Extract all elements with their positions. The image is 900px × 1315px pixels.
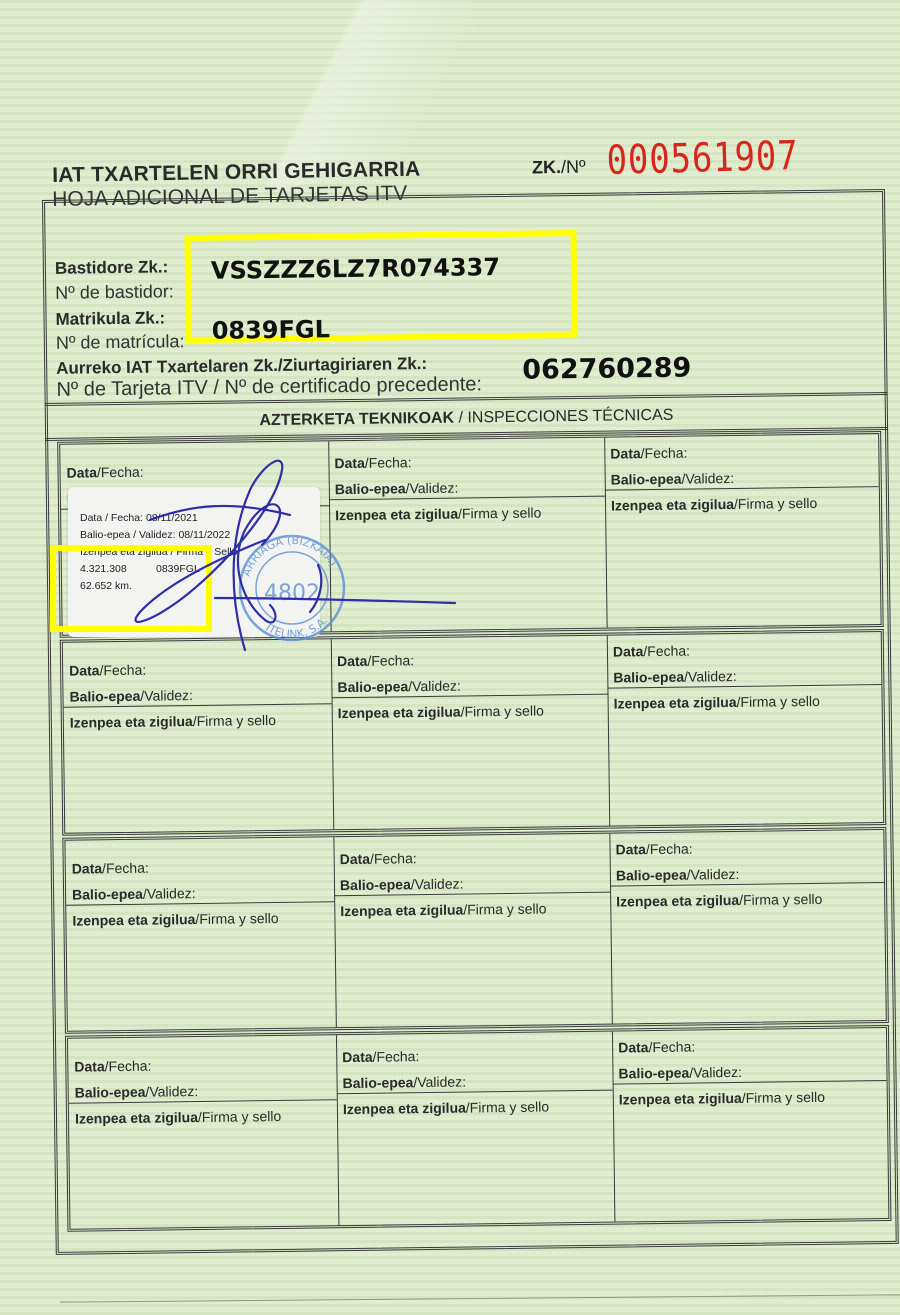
date-field: Data/Fecha: <box>334 454 411 471</box>
signature-field: Izenpea eta zigilua/Firma y sello <box>614 693 820 712</box>
validity-field: Balio-epea/Validez: <box>611 470 735 488</box>
plate-label-eu: Matrikula Zk.: <box>55 308 165 329</box>
date-field: Data/Fecha: <box>342 1048 419 1065</box>
inspection-row: Data/Fecha:Balio-epea/Validez:Izenpea et… <box>62 827 888 1034</box>
date-field: Data/Fecha: <box>618 1039 695 1056</box>
signature-field: Izenpea eta zigilua/Firma y sello <box>70 712 276 731</box>
signature-field: Izenpea eta zigilua/Firma y sello <box>75 1108 281 1127</box>
inspection-cell[interactable]: Data/Fecha:Balio-epea/Validez:Izenpea et… <box>328 438 607 632</box>
inspection-cell[interactable]: Data/Fecha:Balio-epea/Validez:Izenpea et… <box>607 632 883 826</box>
validity-field: Balio-epea/Validez: <box>75 1083 199 1101</box>
date-field: Data/Fecha: <box>337 652 414 669</box>
signature-field: Izenpea eta zigilua/Firma y sello <box>616 891 822 910</box>
signature-field: Izenpea eta zigilua/Firma y sello <box>335 504 541 523</box>
inspection-row: Data/Fecha:Balio-epea/Validez:Izenpea et… <box>60 629 886 836</box>
inspection-cell[interactable]: Data/Fecha:Balio-epea/Validez:Izenpea et… <box>336 1032 615 1226</box>
validity-field: Balio-epea/Validez: <box>69 687 193 705</box>
inspection-row: Data/Fecha:Balio-epea/Validez:Izenpea et… <box>65 1025 891 1232</box>
validity-field: Balio-epea/Validez: <box>618 1064 742 1082</box>
validity-field: Balio-epea/Validez: <box>613 668 737 686</box>
date-field: Data/Fecha: <box>66 464 143 481</box>
chassis-label-eu: Bastidore Zk.: <box>55 257 169 278</box>
inspection-cell[interactable]: Data/Fecha:Balio-epea/Validez:Izenpea et… <box>68 1035 339 1229</box>
serial-number: 000561907 <box>606 133 799 184</box>
date-field: Data/Fecha: <box>69 662 146 679</box>
signature-field: Izenpea eta zigilua/Firma y sello <box>619 1089 825 1108</box>
date-field: Data/Fecha: <box>340 850 417 867</box>
signature-field: Izenpea eta zigilua/Firma y sello <box>611 495 817 514</box>
inspection-cell[interactable]: Data/Fecha:Balio-epea/Validez:Izenpea et… <box>65 837 336 1031</box>
signature-field: Izenpea eta zigilua/Firma y sello <box>338 702 544 721</box>
validity-field: Balio-epea/Validez: <box>337 678 461 696</box>
inspection-cell[interactable]: Data/Fecha:Balio-epea/Validez:Izenpea et… <box>331 636 610 830</box>
validity-field: Balio-epea/Validez: <box>335 480 459 498</box>
inspection-cell[interactable]: Data/Fecha:Balio-epea/Validez:Izenpea et… <box>604 434 880 628</box>
signature-field: Izenpea eta zigilua/Firma y sello <box>343 1098 549 1117</box>
plate-label-es: Nº de matrícula: <box>56 331 185 354</box>
serial-label: ZK./Nº <box>532 157 586 179</box>
sticker-highlight-box <box>50 545 212 632</box>
validity-field: Balio-epea/Validez: <box>340 876 464 894</box>
inspection-cell[interactable]: Data/Fecha:Balio-epea/Validez:Izenpea et… <box>333 834 612 1028</box>
sticker-date: Data / Fecha: 08/11/2021 <box>80 512 198 524</box>
inspections-title-thin: / INSPECCIONES TÉCNICAS <box>454 407 674 427</box>
chassis-label-es: Nº de bastidor: <box>55 281 174 304</box>
inspection-cell[interactable]: Data/Fecha:Balio-epea/Validez:Izenpea et… <box>63 639 334 833</box>
form-frame: Bastidore Zk.: Nº de bastidor: Matrikula… <box>42 189 899 1255</box>
date-field: Data/Fecha: <box>613 643 690 660</box>
serial-label-thin: /Nº <box>561 157 586 177</box>
validity-field: Balio-epea/Validez: <box>72 885 196 903</box>
date-field: Data/Fecha: <box>610 445 687 462</box>
sticker-validity: Balio-epea / Validez: 08/11/2022 <box>80 529 230 541</box>
date-field: Data/Fecha: <box>72 860 149 877</box>
inspection-cell[interactable]: Data/Fecha:Balio-epea/Validez:Izenpea et… <box>612 1028 888 1222</box>
signature-field: Izenpea eta zigilua/Firma y sello <box>340 900 546 919</box>
validity-field: Balio-epea/Validez: <box>616 866 740 884</box>
inspection-cell[interactable]: Data/Fecha:Balio-epea/Validez:Izenpea et… <box>609 830 885 1024</box>
date-field: Data/Fecha: <box>74 1058 151 1075</box>
chassis-value: VSSZZZ6LZ7R074337 <box>211 253 500 285</box>
plate-value: 0839FGL <box>212 315 331 345</box>
serial-label-bold: ZK. <box>532 157 561 178</box>
vehicle-info-block: Bastidore Zk.: Nº de bastidor: Matrikula… <box>50 204 878 405</box>
date-field: Data/Fecha: <box>615 841 692 858</box>
prev-card-value: 062760289 <box>522 353 691 386</box>
inspections-title-bold: AZTERKETA TEKNIKOAK <box>259 410 454 430</box>
validity-field: Balio-epea/Validez: <box>342 1074 466 1092</box>
page-edge-line <box>60 1294 900 1302</box>
signature-field: Izenpea eta zigilua/Firma y sello <box>72 910 278 929</box>
